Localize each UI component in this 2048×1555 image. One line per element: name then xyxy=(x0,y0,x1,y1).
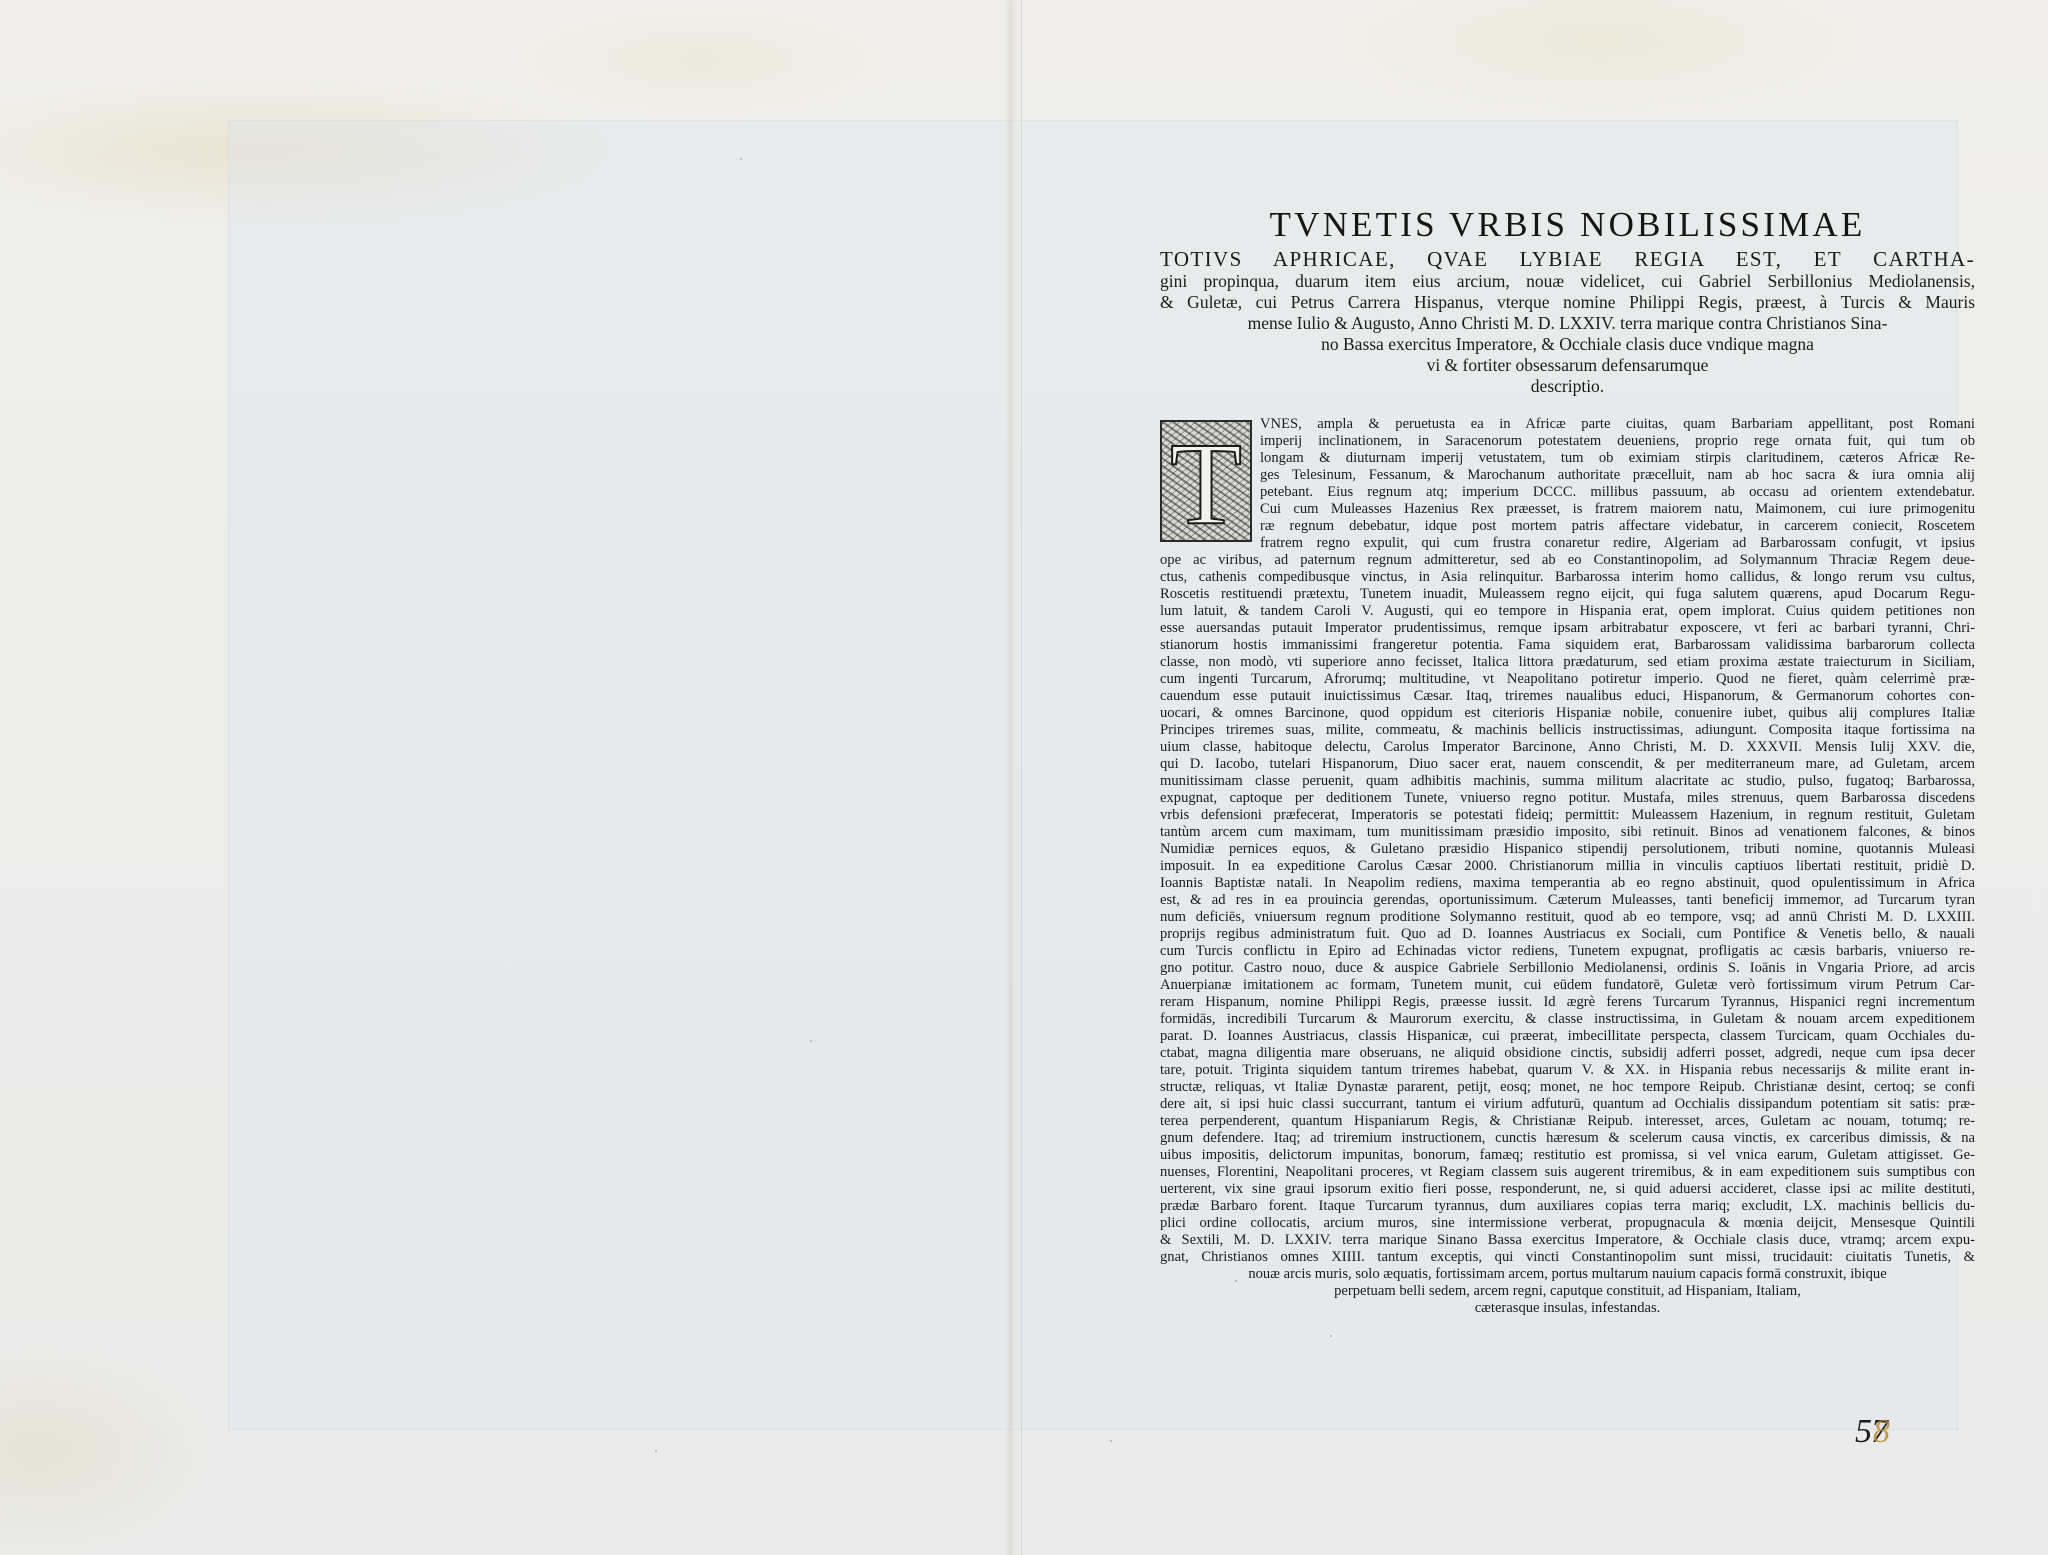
body-line: longam & diuturnam imperij vetustatem, t… xyxy=(1160,450,1975,467)
body-line: num deficiēs, vniuersum regnum prodition… xyxy=(1160,909,1975,926)
body-line: VNES, ampla & peruetusta ea in Africæ pa… xyxy=(1160,416,1975,433)
body-line: imperij inclinationem, in Saracenorum po… xyxy=(1160,433,1975,450)
body-line: ctabat, magna diligentia mare obseruans,… xyxy=(1160,1045,1975,1062)
body-line: Roscetis restituendi prætextu, Tunetem i… xyxy=(1160,586,1975,603)
body-line: lum latuit, & tandem Caroli V. Augusti, … xyxy=(1160,603,1975,620)
body-line: & Sextili, M. D. LXXIV. terra marique Si… xyxy=(1160,1232,1975,1249)
body-line: cauendum esse putauit inuictissimus Cæsa… xyxy=(1160,688,1975,705)
body-line: fratrem regno expulit, qui cum frustra c… xyxy=(1160,535,1975,552)
body-line: nuenses, Florentini, Neapolitani procere… xyxy=(1160,1164,1975,1181)
body-line: uium classe, habitoque delectu, Carolus … xyxy=(1160,739,1975,756)
body-line: munitissimam classe peruenit, quam adhib… xyxy=(1160,773,1975,790)
decorated-initial-icon: T xyxy=(1160,420,1252,542)
closing-line: nouæ arcis muris, solo æquatis, fortissi… xyxy=(1160,1266,1975,1283)
body-line: prædæ Barbaro forent. Itaque Turcarum ty… xyxy=(1160,1198,1975,1215)
body-line: imposuit. In ea expeditione Carolus Cæsa… xyxy=(1160,858,1975,875)
body-line: uerterent, vix sine graui ipsorum exitio… xyxy=(1160,1181,1975,1198)
page-number-overwrite: 8 xyxy=(1873,1413,1889,1450)
body-line: Cui cum Muleasses Hazenius Rex præesset,… xyxy=(1160,501,1975,518)
fold-line xyxy=(1021,0,1022,1555)
body-line: Principes triremes suas, milite, commeat… xyxy=(1160,722,1975,739)
body-line: Numidiæ pernices equos, & Guletano præsi… xyxy=(1160,841,1975,858)
body-line: plici ordine collocatis, arcium muros, s… xyxy=(1160,1215,1975,1232)
title-line: gini propinqua, duarum item eius arcium,… xyxy=(1160,271,1975,292)
title-line: mense Iulio & Augusto, Anno Christi M. D… xyxy=(1160,313,1975,334)
body-line: Ioannis Baptistæ natali. In Neapolim red… xyxy=(1160,875,1975,892)
body-line: esse auersandas putauit Imperator pruden… xyxy=(1160,620,1975,637)
center-fold xyxy=(1005,0,1019,1555)
body-line: gno potitur. Castro nouo, duce & auspice… xyxy=(1160,960,1975,977)
title-main: TVNETIS VRBIS NOBILISSIMAE xyxy=(1160,205,1975,245)
body-line: gnat, Christianos omnes XIIII. tantum ex… xyxy=(1160,1249,1975,1266)
body-line: uibus impositis, delictorum impunitas, b… xyxy=(1160,1147,1975,1164)
body-line: petebant. Eius regnum atq; imperium DCCC… xyxy=(1160,484,1975,501)
body-line: ges Telesinum, Fessanum, & Marochanum au… xyxy=(1160,467,1975,484)
body-line: gnum defendere. Itaq; ad triremium instr… xyxy=(1160,1130,1975,1147)
body-line: formidās, incredibili Turcarum & Mauroru… xyxy=(1160,1011,1975,1028)
body-text: T VNES, ampla & peruetusta ea in Africæ … xyxy=(1160,416,1975,1317)
dropcap-letter: T xyxy=(1170,429,1242,539)
body-line: classe, non modò, vti superiore anno fec… xyxy=(1160,654,1975,671)
body-line: tantùm arcem cum maximam, tum munitissim… xyxy=(1160,824,1975,841)
body-line: ope ac viribus, ad paternum regnum admit… xyxy=(1160,552,1975,569)
title-subtitle: TOTIVS APHRICAE, QVAE LYBIAE REGIA EST, … xyxy=(1160,247,1975,271)
body-line: ctus, cathenis compedibusque vinctus, in… xyxy=(1160,569,1975,586)
body-line: structæ, reliquas, vt Italiæ Dynastæ par… xyxy=(1160,1079,1975,1096)
body-line: vrbis defensioni præfecerat, Imperatoris… xyxy=(1160,807,1975,824)
description-text-block: TVNETIS VRBIS NOBILISSIMAE TOTIVS APHRIC… xyxy=(1160,205,1975,1317)
title-line: vi & fortiter obsessarum defensarumque xyxy=(1160,355,1975,376)
closing-line: cæterasque insulas, infestandas. xyxy=(1160,1300,1975,1317)
body-line: Anuerpianæ imitationem ac formam, Tunete… xyxy=(1160,977,1975,994)
body-line: terea perpenderent, quantum Hispaniarum … xyxy=(1160,1113,1975,1130)
body-line: proprijs regibus administratum fuit. Quo… xyxy=(1160,926,1975,943)
title-line: & Guletæ, cui Petrus Carrera Hispanus, v… xyxy=(1160,292,1975,313)
body-line: dere ait, si ipsi huic classi succurrant… xyxy=(1160,1096,1975,1113)
body-line: ræ regnum debebatur, idque post mortem p… xyxy=(1160,518,1975,535)
body-line: uocari, & omnes Barcinone, quod oppidum … xyxy=(1160,705,1975,722)
body-line: est, & ad res in ea prouincia gerendas, … xyxy=(1160,892,1975,909)
body-line: expugnat, captoque per deditionem Tunete… xyxy=(1160,790,1975,807)
closing-line: perpetuam belli sedem, arcem regni, capu… xyxy=(1160,1283,1975,1300)
page-number: 578 xyxy=(1855,1413,1889,1451)
body-line: reram Hispanum, nomine Philippi Regis, p… xyxy=(1160,994,1975,1011)
title-line: no Bassa exercitus Imperatore, & Occhial… xyxy=(1160,334,1975,355)
body-line: parat. D. Ioannes Austriacus, classis Hi… xyxy=(1160,1028,1975,1045)
body-line: cum ingenti Turcarum, Afrorumq; multitud… xyxy=(1160,671,1975,688)
body-line: qui D. Iacobo, tutelari Hispanorum, Diuo… xyxy=(1160,756,1975,773)
body-line: stianorum hostis immanissimi frangeretur… xyxy=(1160,637,1975,654)
title-line: descriptio. xyxy=(1160,376,1975,397)
body-line: tare, potuit. Triginta siquidem tantum t… xyxy=(1160,1062,1975,1079)
body-line: cum Turcis conflictu in Epiro ad Echinad… xyxy=(1160,943,1975,960)
